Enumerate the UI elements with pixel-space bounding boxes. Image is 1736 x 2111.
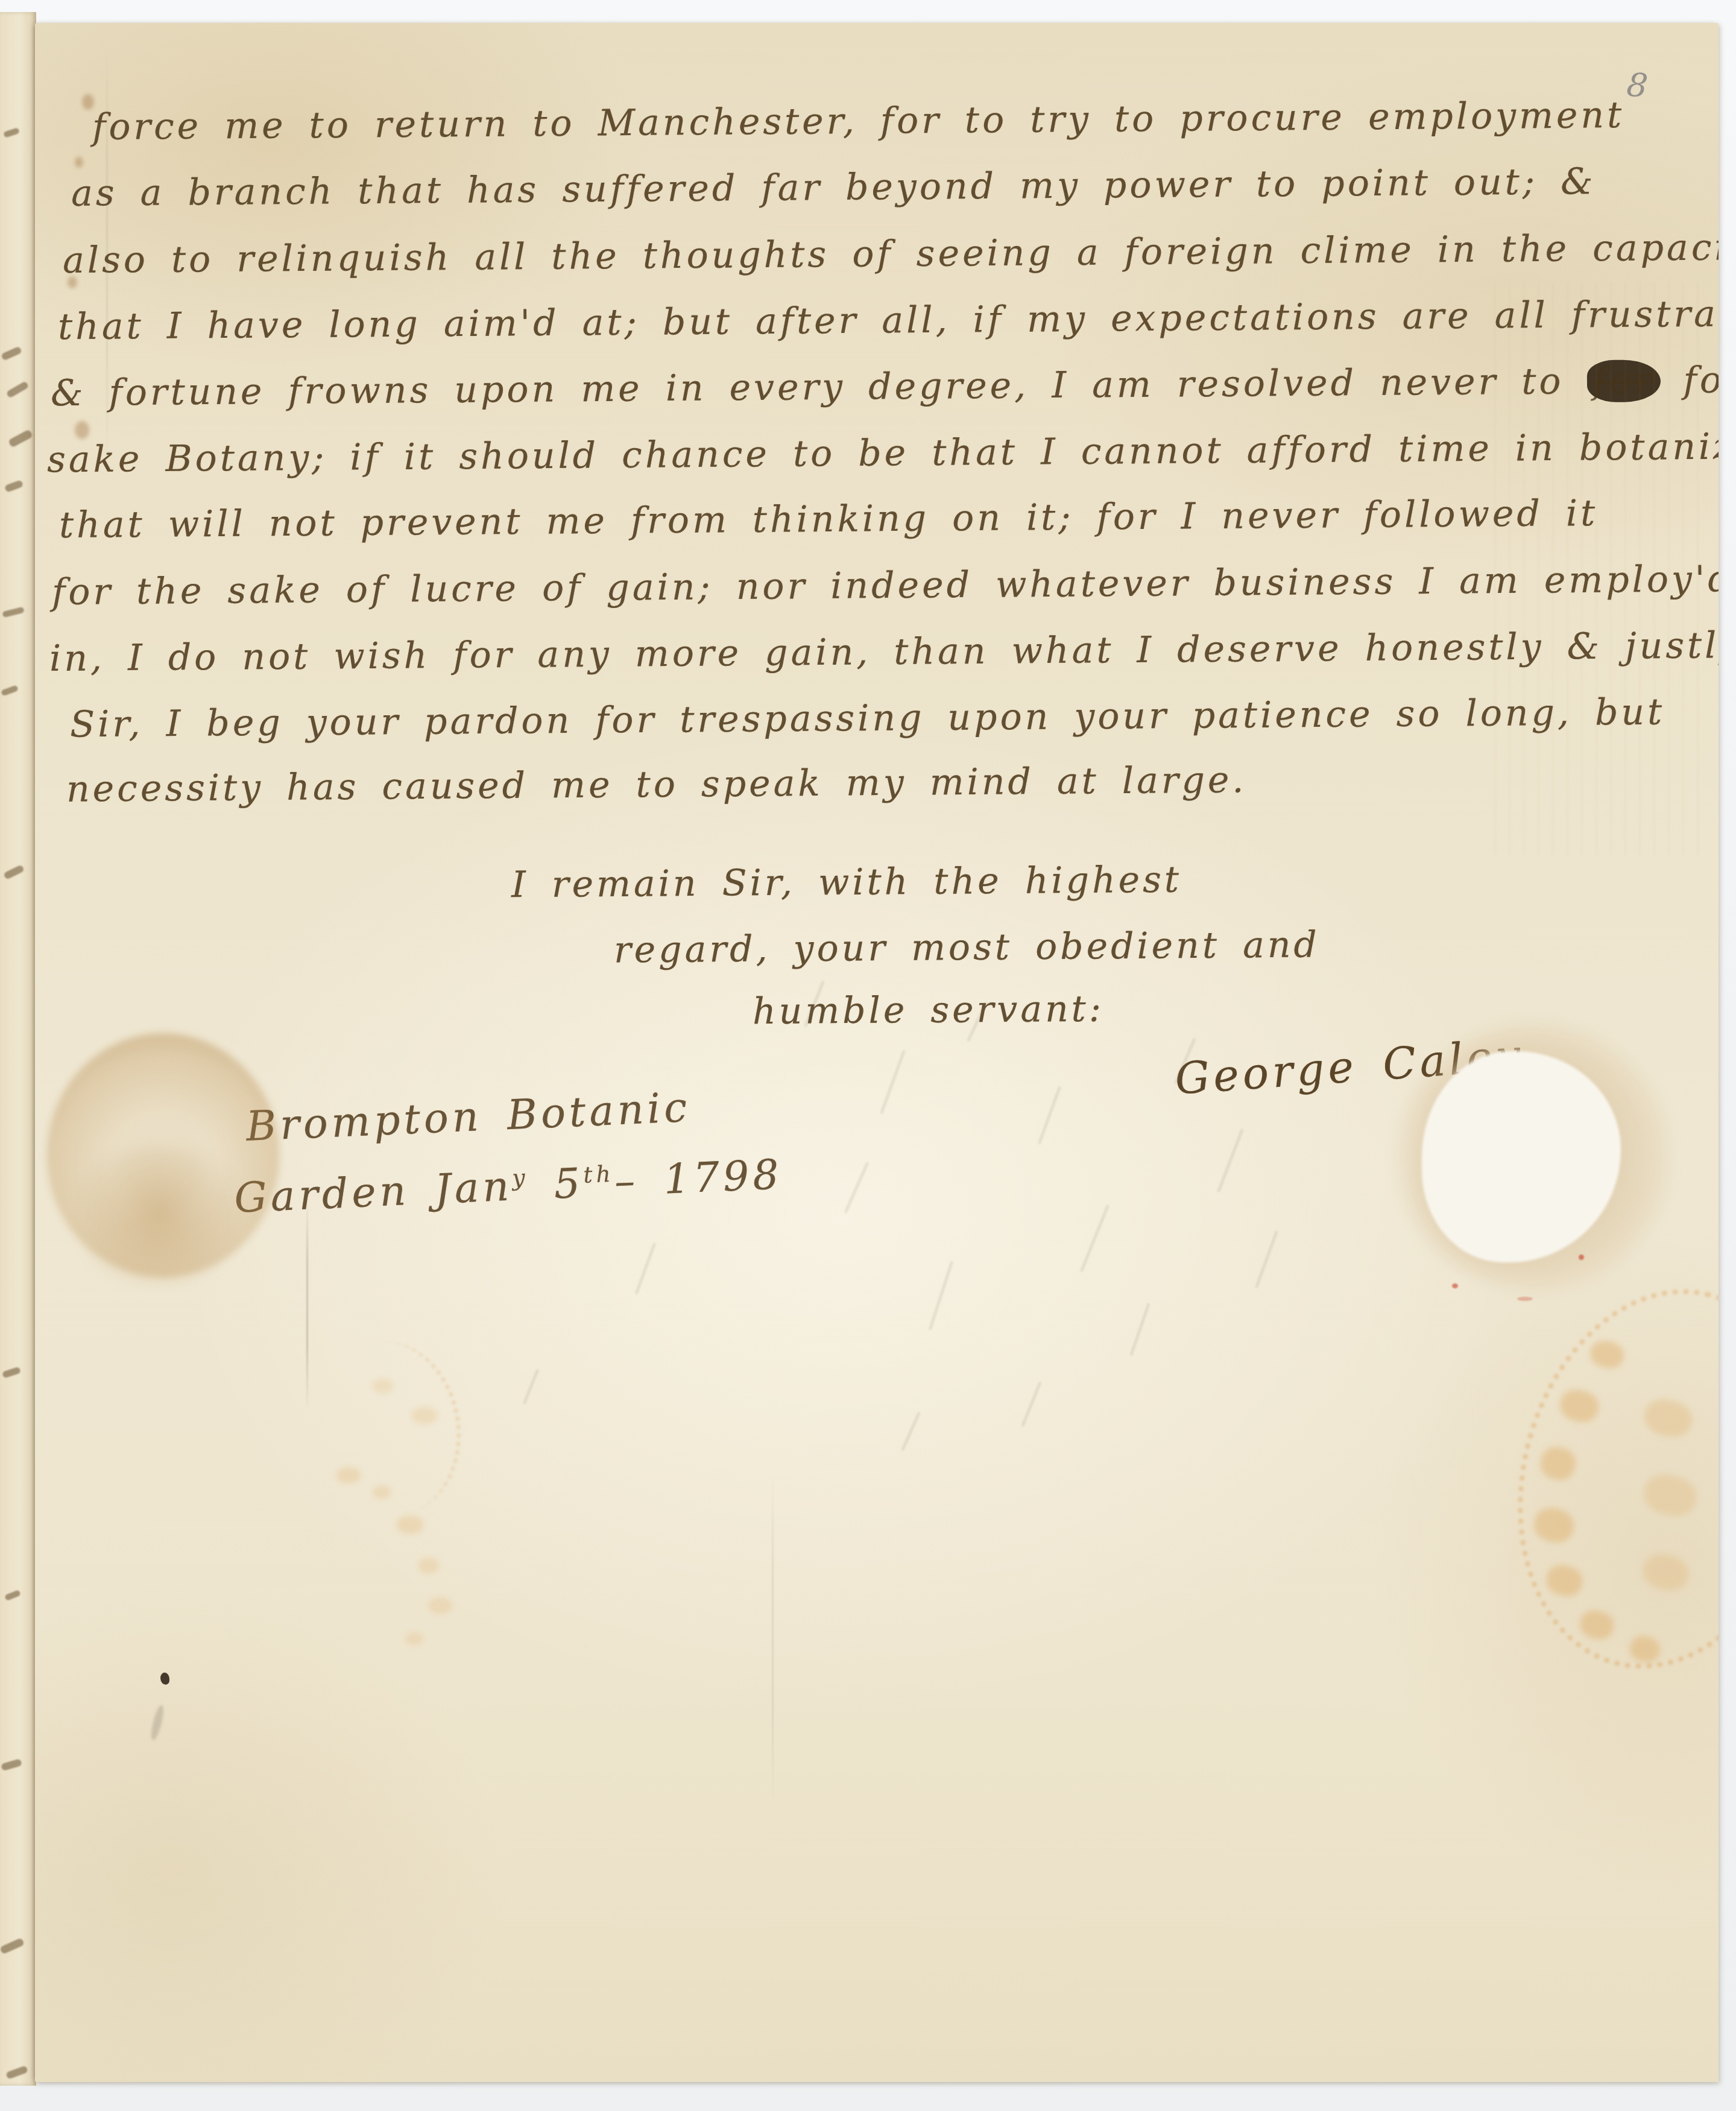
fold-crease bbox=[306, 1199, 308, 1410]
ink-fragment bbox=[2, 607, 24, 618]
scanned-letter-canvas: 8 force me to return to Manchester, for … bbox=[0, 0, 1736, 2111]
bleedthrough-stroke bbox=[1038, 1086, 1062, 1145]
stamp-ink-blob bbox=[1640, 1469, 1700, 1521]
foxing-speck bbox=[75, 421, 89, 439]
ink-fragment bbox=[1, 685, 19, 697]
fold-crease bbox=[106, 47, 108, 469]
stamp-ink-blob bbox=[1641, 1395, 1696, 1442]
letter-line: necessity has caused me to speak my mind… bbox=[66, 759, 1247, 810]
bleedthrough-stroke bbox=[1080, 1204, 1110, 1272]
stamp-ink-blob bbox=[373, 1379, 393, 1393]
adjacent-page-sliver bbox=[0, 12, 36, 2086]
stamp-ink-blob bbox=[1640, 1550, 1693, 1595]
stamp-ink-blob bbox=[418, 1558, 439, 1574]
fold-crease bbox=[772, 1470, 774, 1808]
letter-line: in, I do not wish for any more gain, tha… bbox=[49, 624, 1719, 680]
letter-line: sake Botany; if it should chance to be t… bbox=[47, 425, 1719, 481]
letter-line: force me to return to Manchester, for to… bbox=[92, 94, 1625, 148]
dateline-place: Brompton Botanic bbox=[245, 1084, 692, 1151]
stamp-ink-blob bbox=[428, 1597, 452, 1614]
stamp-ink-blob bbox=[412, 1407, 437, 1424]
bleedthrough-stroke bbox=[929, 1261, 954, 1331]
foxing-speck bbox=[68, 276, 77, 288]
laid-paper-texture bbox=[1494, 282, 1705, 855]
ink-fragment bbox=[5, 2065, 28, 2080]
bleedthrough-stroke bbox=[901, 1411, 921, 1451]
date-sup: y bbox=[512, 1164, 529, 1191]
liquid-stain-core bbox=[59, 1145, 258, 1283]
letter-line: also to relinquish all the thoughts of s… bbox=[63, 226, 1719, 282]
ink-fragment bbox=[6, 381, 30, 398]
stamp-ink-blob bbox=[397, 1516, 423, 1534]
wax-speck bbox=[1579, 1255, 1584, 1260]
letter-line: that I have long aim'd at; but after all… bbox=[58, 293, 1719, 349]
ink-fragment bbox=[0, 1937, 25, 1954]
stamp-ink-blob bbox=[1537, 1443, 1579, 1483]
bleedthrough-stroke bbox=[1255, 1230, 1278, 1288]
closing-line: I remain Sir, with the highest bbox=[511, 859, 1182, 907]
ink-fragment bbox=[1, 1759, 22, 1771]
letter-line: & fortune frowns upon me in every degree… bbox=[51, 359, 1719, 414]
ink-fragment bbox=[3, 864, 25, 880]
postal-stamp-faded bbox=[1479, 1258, 1719, 1700]
ink-fragment bbox=[3, 127, 20, 138]
letter-line: that will not prevent me from thinking o… bbox=[59, 492, 1599, 546]
bleedthrough-stroke bbox=[523, 1369, 540, 1404]
closing-line: regard, your most obedient and bbox=[614, 923, 1320, 971]
date-sup: th bbox=[582, 1160, 614, 1188]
date-mid: 5 bbox=[528, 1160, 585, 1210]
pencil-smudge bbox=[149, 1704, 166, 1741]
letter-line: for the sake of lucre of gain; nor indee… bbox=[52, 558, 1719, 613]
letter-line: as a branch that has suffered far beyond… bbox=[71, 160, 1596, 215]
stamp-ink-blob bbox=[1627, 1633, 1662, 1665]
stamp-ink-blob bbox=[405, 1632, 423, 1645]
wax-speck bbox=[1517, 1297, 1533, 1301]
stamp-ink-blob bbox=[1577, 1607, 1617, 1642]
stamp-ink-blob bbox=[336, 1467, 361, 1483]
stamp-ink-blob bbox=[1543, 1562, 1585, 1600]
bleedthrough-stroke bbox=[635, 1242, 656, 1294]
bleedthrough-stroke bbox=[1129, 1303, 1150, 1356]
stamp-ink-blob bbox=[1557, 1386, 1602, 1426]
stamp-ink-blob bbox=[1588, 1338, 1627, 1372]
bleedthrough-stroke bbox=[844, 1162, 870, 1214]
ink-fragment bbox=[4, 479, 24, 493]
letter-line: Sir, I beg your pardon for trespassing u… bbox=[70, 691, 1665, 746]
date-post: – 1798 bbox=[613, 1151, 783, 1206]
bleedthrough-stroke bbox=[880, 1050, 906, 1115]
dateline-date: Garden Jany 5th– 1798 bbox=[233, 1151, 784, 1223]
letter-page: 8 force me to return to Manchester, for … bbox=[35, 23, 1719, 2082]
stamp-ink-blob bbox=[373, 1486, 391, 1499]
ink-fragment bbox=[2, 1367, 21, 1379]
ink-fragment bbox=[1, 346, 22, 361]
ink-fragment bbox=[8, 429, 33, 448]
stamp-ink-blob bbox=[1530, 1504, 1577, 1546]
page-number: 8 bbox=[1625, 65, 1650, 105]
foxing-speck bbox=[75, 157, 83, 168]
wax-speck bbox=[1452, 1283, 1458, 1288]
line-pre: & fortune frowns upon me in every degree… bbox=[51, 360, 1587, 414]
bleedthrough-stroke bbox=[1021, 1381, 1042, 1427]
ink-fragment bbox=[4, 1589, 21, 1601]
ink-speck bbox=[160, 1673, 169, 1685]
stamp-fragment-faded bbox=[303, 1330, 475, 1527]
foxing-speck bbox=[82, 94, 94, 110]
bleedthrough-stroke bbox=[1217, 1128, 1244, 1192]
